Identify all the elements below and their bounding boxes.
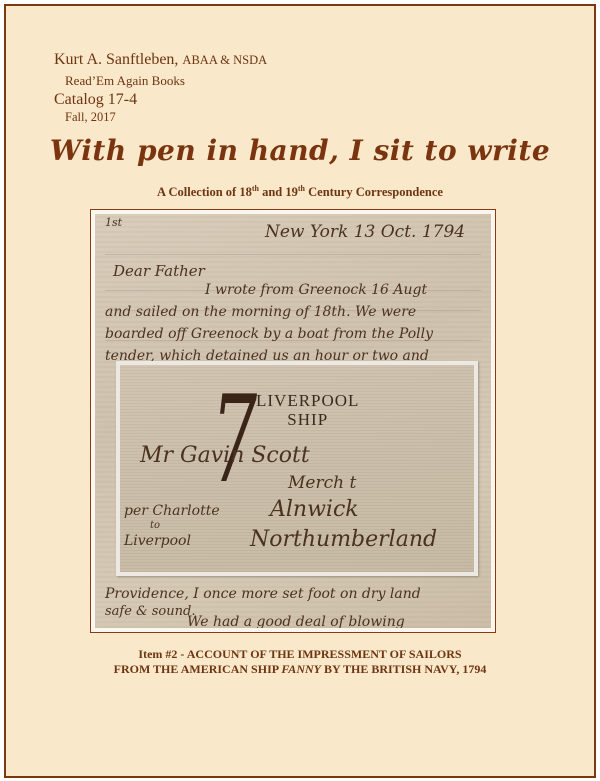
- catalog-season: Fall, 2017: [65, 110, 116, 125]
- route-note: per Charlotte: [124, 503, 220, 519]
- caption-line: Item #2 - ACCOUNT OF THE IMPRESSMENT OF …: [6, 647, 594, 662]
- author-affiliations: ABAA & NSDA: [182, 53, 267, 67]
- letter-line: I wrote from Greenock 16 Augt: [205, 282, 427, 298]
- envelope-image: 7 LIVERPOOL SHIP Mr Gavin Scott Merch t …: [116, 361, 478, 576]
- subtitle-sup: th: [298, 184, 305, 193]
- address-county: Northumberland: [250, 527, 437, 552]
- subtitle-text: Century Correspondence: [305, 185, 443, 199]
- address-town: Alnwick: [270, 497, 359, 522]
- caption-text: FROM THE AMERICAN SHIP: [114, 662, 282, 676]
- caption-line: FROM THE AMERICAN SHIP FANNY BY THE BRIT…: [6, 662, 594, 677]
- addressee-title: Merch t: [288, 473, 356, 493]
- rate-mark: 7: [211, 381, 257, 501]
- postmark-line: SHIP: [256, 410, 359, 429]
- letter-line: New York 13 Oct. 1794: [265, 222, 465, 242]
- letter-image: 1st New York 13 Oct. 1794 Dear Father I …: [95, 214, 491, 628]
- subtitle-text: A Collection of 18: [157, 185, 252, 199]
- cover-title: With pen in hand, I sit to write: [6, 134, 594, 167]
- author-name: Kurt A. Sanftleben, ABAA & NSDA: [54, 51, 267, 69]
- catalog-cover: Kurt A. Sanftleben, ABAA & NSDA Read’Em …: [4, 4, 596, 778]
- ship-name: FANNY: [281, 662, 321, 676]
- letter-line: safe & sound.: [105, 604, 195, 619]
- letter-line: boarded off Greenock by a boat from the …: [105, 326, 433, 342]
- author-text: Kurt A. Sanftleben,: [54, 51, 178, 68]
- letter-line: Dear Father: [113, 262, 205, 280]
- envelope-face: 7 LIVERPOOL SHIP Mr Gavin Scott Merch t …: [120, 365, 474, 572]
- letter-line: and sailed on the morning of 18th. We we…: [105, 304, 416, 320]
- postmark-line: LIVERPOOL: [256, 391, 359, 410]
- letter-line: 1st: [105, 216, 122, 229]
- subtitle-sup: th: [252, 184, 259, 193]
- cover-subtitle: A Collection of 18th and 19th Century Co…: [6, 184, 594, 200]
- route-note: to: [150, 520, 160, 531]
- letter-line: Providence, I once more set foot on dry …: [105, 586, 421, 602]
- cover-photo-frame: 1st New York 13 Oct. 1794 Dear Father I …: [90, 209, 496, 633]
- catalog-number: Catalog 17-4: [54, 91, 137, 109]
- route-note: Liverpool: [124, 533, 191, 549]
- letter-line: We had a good deal of blowing: [187, 614, 405, 628]
- shop-name: Read’Em Again Books: [65, 73, 185, 89]
- subtitle-text: and 19: [259, 185, 298, 199]
- caption-text: BY THE BRITISH NAVY, 1794: [321, 662, 486, 676]
- item-caption: Item #2 - ACCOUNT OF THE IMPRESSMENT OF …: [6, 647, 594, 677]
- postmark: LIVERPOOL SHIP: [256, 391, 359, 429]
- addressee: Mr Gavin Scott: [140, 443, 310, 468]
